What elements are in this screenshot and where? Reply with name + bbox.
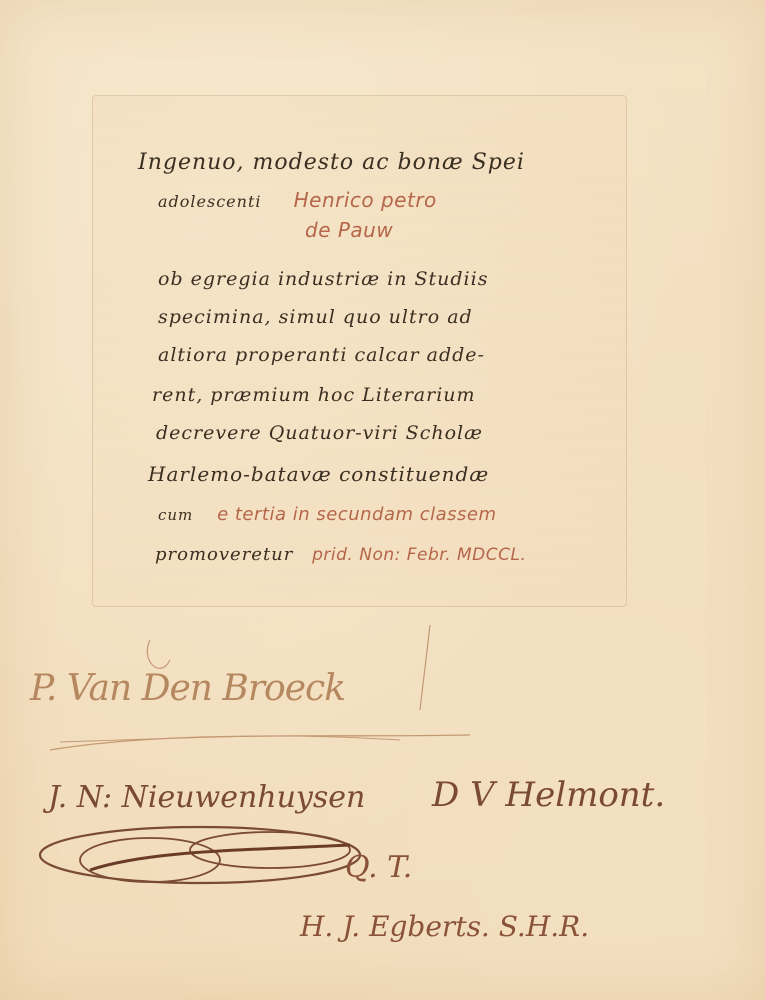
signature-initials: Q. T.	[345, 850, 412, 885]
recipient-name-line1: Henrico petro	[294, 188, 437, 212]
signature-nieuwenhuysen: J. N: Nieuwenhuysen	[48, 780, 365, 815]
signature-helmont: D V Helmont.	[432, 775, 665, 815]
text-line-5: altiora properanti calcar adde-	[158, 344, 485, 366]
text-line-10: promoveretur prid. Non: Febr. MDCCL.	[155, 544, 526, 565]
paraph-flourish-icon	[30, 820, 390, 910]
text-line-8: Harlemo-batavæ constituendæ	[148, 462, 489, 486]
text-line-2: adolescenti Henrico petro	[158, 188, 437, 212]
text-line-6: rent, præmium hoc Literarium	[152, 384, 476, 406]
date-text: prid. Non: Febr. MDCCL.	[312, 545, 526, 565]
signature-van-den-broeck: P. Van Den Broeck	[30, 668, 345, 709]
text-line-4: specimina, simul quo ultro ad	[158, 306, 473, 328]
printed-text: Ingenuo, modesto ac bonæ Spei	[138, 150, 525, 175]
recipient-name-line2: de Pauw	[305, 218, 393, 242]
printed-text: promoveretur	[155, 544, 293, 565]
signature-egberts: H. J. Egberts. S.H.R.	[300, 910, 589, 943]
printed-text: cum	[158, 506, 193, 524]
text-line-3: ob egregia industriæ in Studiis	[158, 268, 488, 290]
printed-text: adolescenti	[158, 192, 262, 211]
text-line-1: Ingenuo, modesto ac bonæ Spei	[138, 150, 525, 175]
text-line-7: decrevere Quatuor-viri Scholæ	[156, 422, 483, 444]
text-line-9: cum e tertia in secundam classem	[158, 504, 497, 525]
promotion-text: e tertia in secundam classem	[217, 504, 496, 525]
